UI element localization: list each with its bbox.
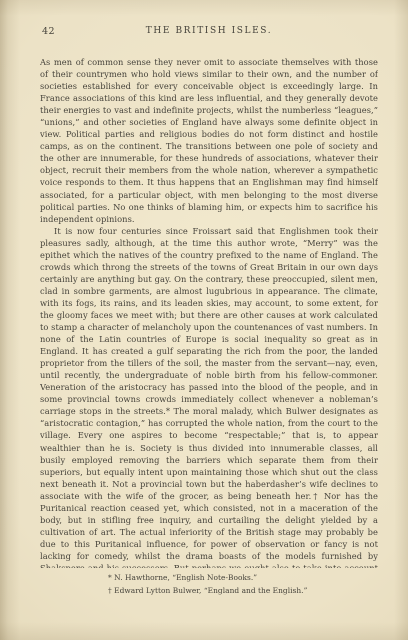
- paragraph-1: As men of common sense they never omit t…: [40, 56, 378, 225]
- footnote-hawthorne: * N. Hawthorne, “English Note-Books.”: [108, 572, 378, 585]
- text-block: As men of common sense they never omit t…: [40, 56, 378, 568]
- paragraph-2: It is now four centuries since Froissart…: [40, 225, 378, 568]
- book-page: 42 THE BRITISH ISLES. As men of common s…: [0, 0, 408, 640]
- running-title: THE BRITISH ISLES.: [40, 26, 378, 36]
- page-header: 42 THE BRITISH ISLES.: [40, 26, 378, 40]
- footnote-bulwer: † Edward Lytton Bulwer, “England and the…: [108, 585, 378, 598]
- footnotes: * N. Hawthorne, “English Note-Books.” † …: [108, 572, 378, 597]
